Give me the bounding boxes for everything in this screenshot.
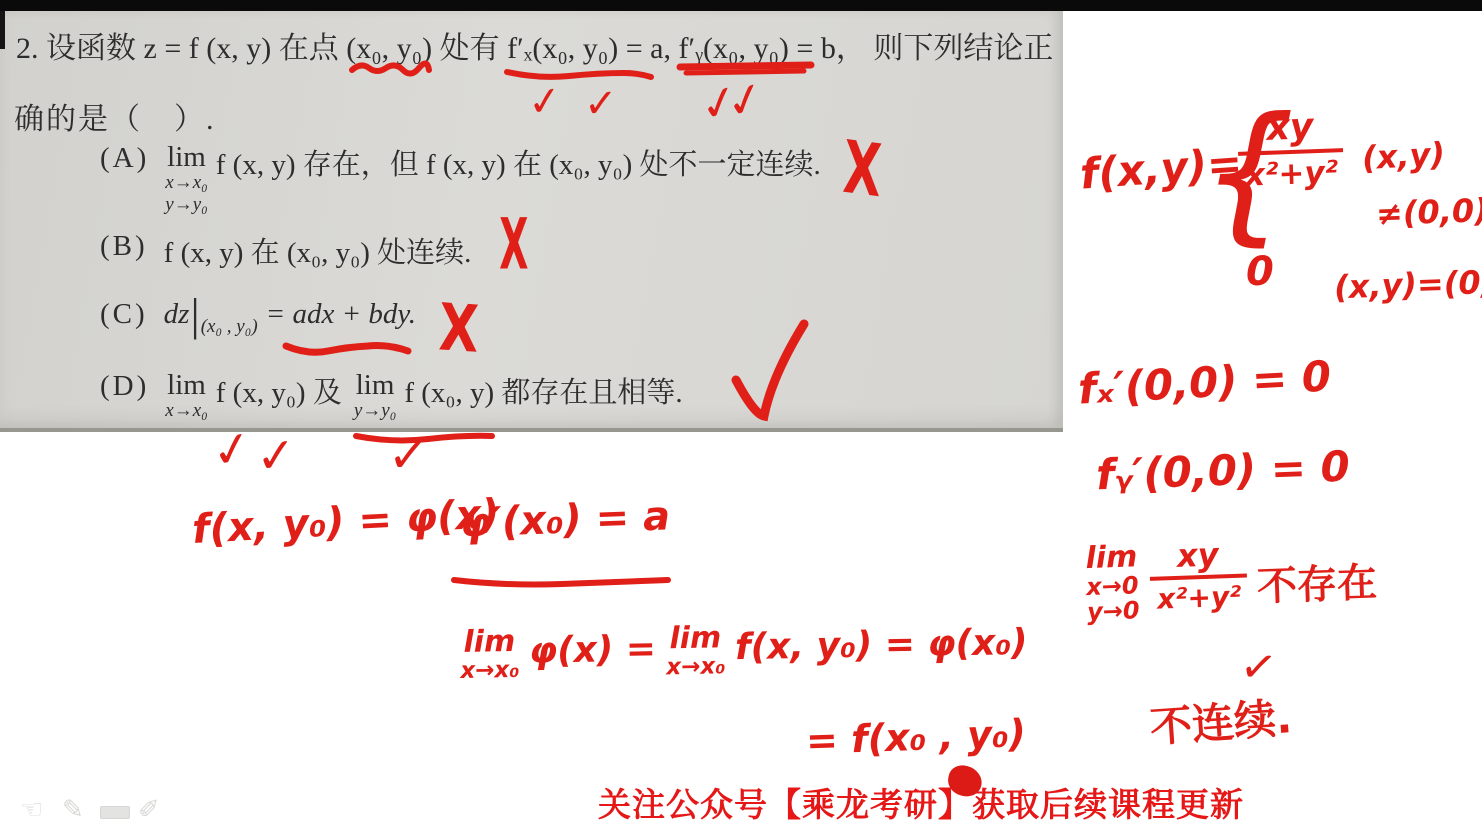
option-c-rhs: = adx + bdy.: [266, 298, 416, 331]
check-mark-fx: ✓: [526, 80, 564, 123]
lim-sub-y: y→y₀: [165, 194, 207, 216]
cross-mark-option-b: X: [499, 210, 528, 280]
lecture-video-frame: 2. 设函数 z = f (x, y) 在点 (x₀, y₀) 处有 f′ₓ(x…: [0, 0, 1482, 824]
fraction-numerator: xy: [1260, 109, 1320, 151]
squiggle-underline-point: [348, 60, 432, 78]
lim-word: lim: [356, 370, 395, 400]
evaluation-bar: |: [190, 298, 199, 332]
option-c-label: (C): [100, 298, 148, 331]
lim-sub: y→y₀: [354, 400, 396, 422]
hw-case2-condition: (x,y)=(0,0): [1334, 265, 1482, 304]
option-c-dz: dz: [164, 298, 190, 331]
option-d-text-2: f (x₀, y) 都存在且相等.: [404, 370, 682, 411]
option-c: (C) dz | (x₀ , y₀) = adx + bdy.: [100, 298, 416, 338]
fraction-denominator: x²+y²: [1150, 573, 1248, 613]
option-d: (D) lim x→x₀ f (x, y₀) 及 lim y→y₀ f (x₀,…: [100, 370, 683, 422]
question-line-1: 2. 设函数 z = f (x, y) 在点 (x₀, y₀) 处有 f′ₓ(x…: [16, 23, 1053, 67]
option-b-label: (B): [100, 230, 148, 263]
lim-sub: x→x₀: [460, 657, 519, 682]
hw-phi-x-equals: φ(x) =: [529, 632, 657, 670]
lim-sub-x: x→x₀: [165, 172, 207, 194]
hw-limit-not-exist: lim x→0 y→0 xy x²+y² 不存在: [1085, 533, 1378, 625]
hw-lim-origin: lim x→0 y→0: [1085, 541, 1140, 625]
cross-mark-option-a: X: [841, 130, 883, 207]
hw-fy-at-origin: fᵧ′(0,0) = 0: [1095, 446, 1350, 497]
cross-mark-option-c: X: [438, 295, 480, 362]
option-a-limit: lim x→x₀ y→y₀: [165, 142, 207, 216]
fraction-denominator: x²+y²: [1238, 148, 1345, 192]
option-b: (B) f (x, y) 在 (x₀, y₀) 处连续.: [100, 230, 471, 271]
lim-sub-y: y→0: [1087, 598, 1140, 625]
option-d-label: (D): [100, 370, 149, 403]
question-line-2: 确的是（ ）.: [14, 94, 216, 138]
lim-word: lim: [1085, 541, 1138, 574]
hw-case2-value: 0: [1246, 252, 1274, 292]
hw-case1-condition-b: ≠(0,0): [1375, 194, 1482, 230]
hw-lim-1: lim x→x₀: [460, 626, 520, 683]
hw-lim-2: lim x→x₀: [666, 622, 726, 679]
hw-case1-fraction: xy x²+y²: [1237, 108, 1345, 192]
hw-not-continuous: 不连续.: [1149, 697, 1294, 749]
underline-phi-derivative: [450, 572, 672, 588]
lim-sub: x→x₀: [165, 400, 207, 422]
check-mark-d-limit1-2: ✓: [254, 431, 297, 482]
check-mark-option-d: [726, 314, 816, 428]
hw-fraction-xy: xy x²+y²: [1149, 537, 1248, 613]
pen-tool-icon[interactable]: ✎: [62, 797, 84, 823]
hw-equals-f-x0-y0: = f(x₀ , y₀): [805, 714, 1026, 760]
check-mark-conclusion: ✓: [1237, 644, 1280, 693]
hw-f-equals-phi: f(x, y₀) = φ(x₀): [735, 625, 1028, 666]
hw-phi-definition: f(x, y₀) = φ(x): [191, 494, 500, 550]
wavy-underline-option-c: [282, 336, 412, 358]
paper-edge-shadow: [0, 11, 5, 49]
option-d-text-1: f (x, y₀) 及: [216, 370, 342, 411]
lim-sub: x→x₀: [666, 654, 725, 679]
check-mark-d-limit1: ✓: [208, 423, 256, 477]
lim-word: lim: [167, 370, 206, 400]
option-d-limit-1: lim x→x₀: [165, 370, 207, 422]
option-a-label: (A): [100, 142, 149, 175]
option-a: (A) lim x→x₀ y→y₀ f (x, y) 存在，但 f (x, y)…: [100, 142, 821, 216]
hw-case1-condition-a: (x,y): [1361, 138, 1445, 174]
check-mark-fx-2: ✓: [584, 84, 618, 124]
wechat-banner: 关注公众号【乘龙考研】获取后续课程更新: [598, 779, 1244, 824]
lim-word: lim: [463, 626, 515, 658]
option-c-subscript: (x₀ , y₀): [201, 316, 258, 338]
eraser-tool-icon[interactable]: [100, 806, 130, 819]
option-a-text: f (x, y) 存在，但 f (x, y) 在 (x₀, y₀) 处不一定连续…: [216, 142, 821, 183]
check-mark-d-limit2: ✓: [387, 431, 429, 480]
hw-fx-at-origin: fₓ′(0,0) = 0: [1077, 355, 1332, 410]
hw-not-exist-text: 不存在: [1256, 563, 1377, 607]
lim-word: lim: [669, 622, 721, 654]
fraction-numerator: xy: [1170, 538, 1225, 576]
marker-tool-icon[interactable]: ✐: [138, 797, 160, 823]
underline-fx-condition: [503, 64, 655, 82]
top-black-bar: [0, 0, 1482, 11]
hand-tool-icon[interactable]: ☜: [20, 797, 43, 823]
hw-limit-equation: lim x→x₀ φ(x) = lim x→x₀ f(x, y₀) = φ(x₀…: [460, 617, 1028, 683]
option-b-text: f (x, y) 在 (x₀, y₀) 处连续.: [164, 230, 472, 271]
lim-word: lim: [167, 142, 206, 172]
option-d-limit-2: lim y→y₀: [354, 370, 396, 422]
hw-phi-derivative: φ′(x₀) = a: [459, 496, 670, 543]
